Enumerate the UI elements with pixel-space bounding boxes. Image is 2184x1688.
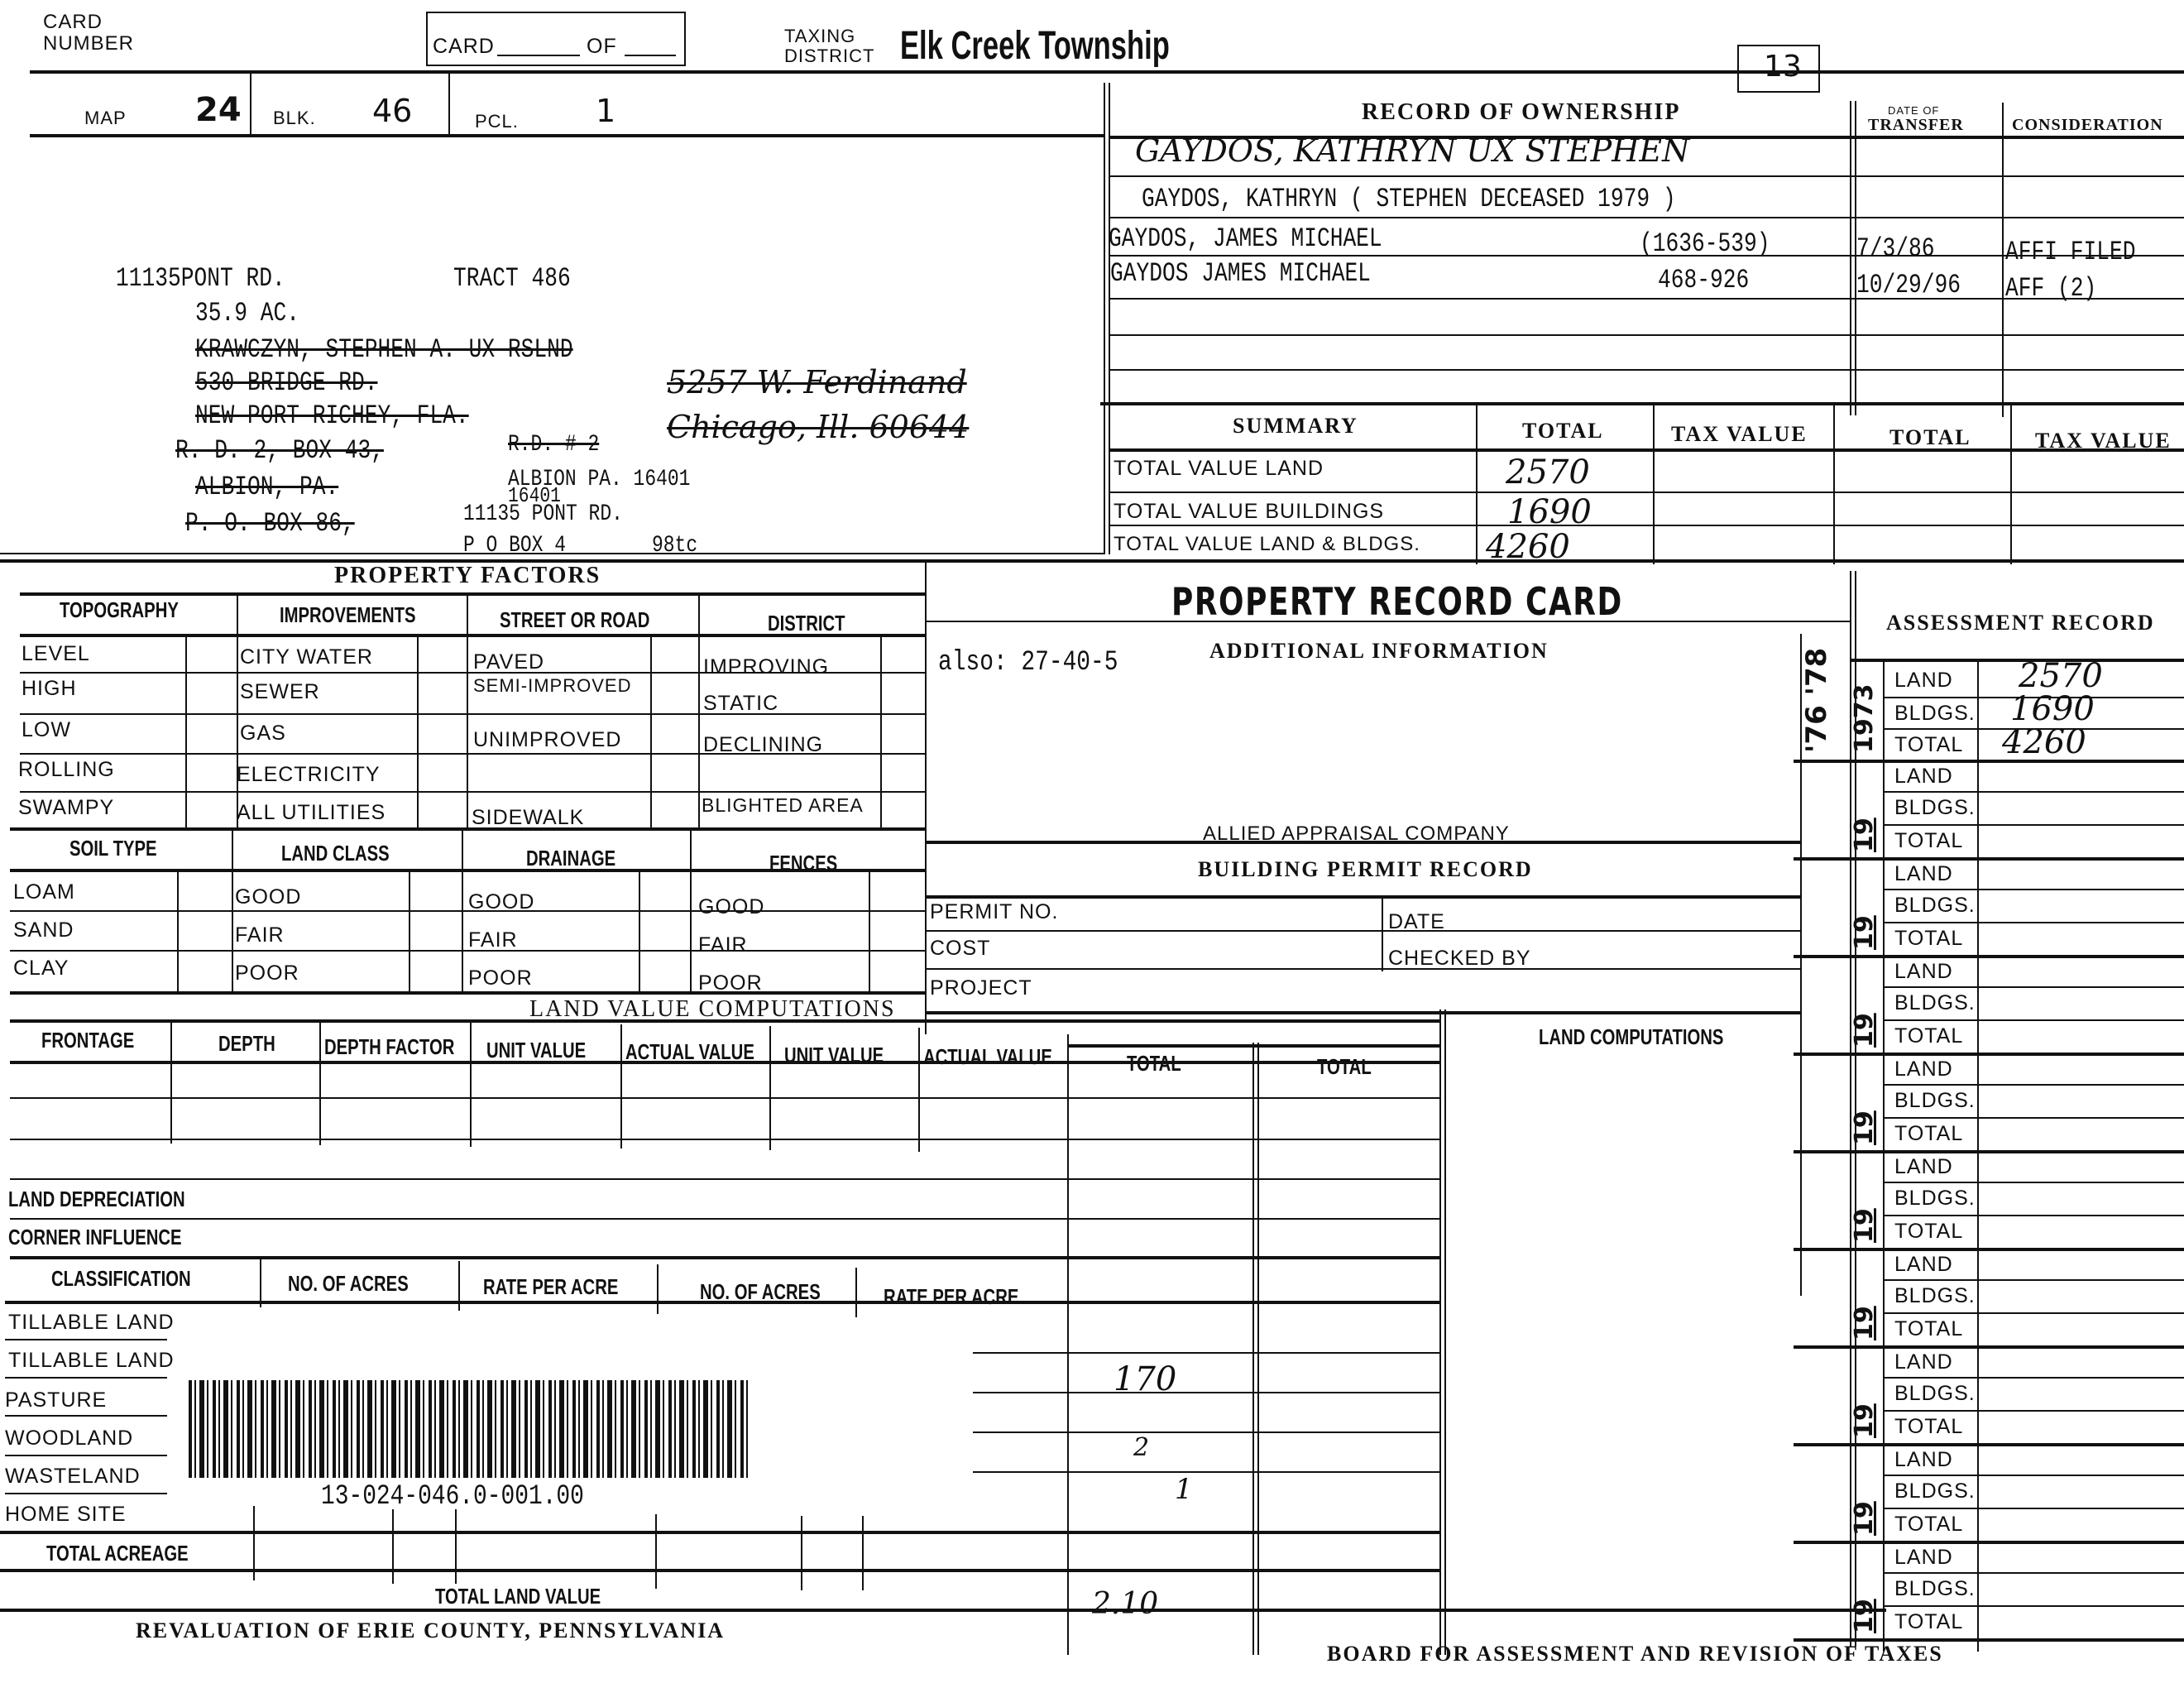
map-value: 24 [195, 91, 242, 129]
prior-address-struck: 530 BRIDGE RD. [195, 367, 377, 398]
land-class-poor[interactable]: POOR [235, 961, 299, 985]
assessment-land-label: LAND [1894, 669, 1953, 693]
assessment-bldgs-value[interactable] [1977, 1377, 2184, 1408]
drainage-header: DRAINAGE [526, 846, 615, 871]
card-number-label: CARD NUMBER [43, 12, 151, 55]
building-permit-title: BUILDING PERMIT RECORD [1198, 857, 1533, 882]
assessment-land-value[interactable] [1977, 1248, 2184, 1279]
assessment-year: 19 [1850, 915, 1879, 950]
owner-row-3-date: 7/3/86 [1856, 233, 1934, 264]
col-unit-value-1: UNIT VALUE [486, 1038, 586, 1063]
land-class-header: LAND CLASS [281, 841, 390, 866]
date-of-label: DATE OF [1888, 104, 1939, 117]
assessment-land-value[interactable] [1977, 857, 2184, 889]
blk-label: BLK. [273, 108, 316, 129]
assessment-bldgs-label: BLDGS. [1894, 1382, 1976, 1406]
col-total-2: TOTAL [1317, 1054, 1372, 1080]
wasteland-total[interactable]: 1 [1175, 1473, 1193, 1506]
improvements-electricity[interactable]: ELECTRICITY [237, 763, 381, 787]
assessment-bldgs-value[interactable] [1977, 986, 2184, 1018]
assessment-land-label: LAND [1894, 1546, 1953, 1570]
transfer-header: TRANSFER [1868, 116, 1964, 135]
acres-header-1: NO. OF ACRES [288, 1271, 409, 1297]
assessment-total-label: TOTAL [1894, 1220, 1963, 1244]
assessment-bldgs-value[interactable] [1977, 1475, 2184, 1506]
land-class-fair[interactable]: FAIR [235, 923, 285, 947]
summary-land-label: TOTAL VALUE LAND [1114, 457, 1324, 481]
drainage-poor[interactable]: POOR [468, 966, 533, 990]
col-frontage: FRONTAGE [41, 1028, 134, 1053]
blk-value: 46 [372, 93, 412, 129]
street-sidewalk[interactable]: SIDEWALK [472, 806, 584, 830]
assessment-land-value[interactable] [1977, 1345, 2184, 1377]
assessment-total-label: TOTAL [1894, 829, 1963, 853]
assessment-bldgs-label: BLDGS. [1894, 1577, 1976, 1601]
soil-type-header: SOIL TYPE [69, 836, 157, 861]
assessment-total-label: TOTAL [1894, 1317, 1963, 1341]
improvements-all-utilities[interactable]: ALL UTILITIES [237, 801, 386, 825]
pcl-value: 1 [596, 93, 615, 129]
assessment-total-label: TOTAL [1894, 927, 1963, 951]
assessment-year: 19 [1850, 1306, 1879, 1340]
classification-header: CLASSIFICATION [51, 1266, 191, 1292]
assessment-land-label: LAND [1894, 1350, 1953, 1374]
parcel-id: 13-024-046.0-001.00 [321, 1481, 584, 1513]
improvements-gas[interactable]: GAS [240, 722, 286, 746]
assessment-bldgs-label: BLDGS. [1894, 991, 1976, 1015]
soil-loam[interactable]: LOAM [13, 880, 75, 904]
albion-struck: ALBION, PA. [195, 472, 338, 502]
assessment-bldgs-value[interactable] [1977, 791, 2184, 822]
assessment-year: 19 [1850, 1403, 1879, 1438]
taxing-district-label: TAXING DISTRICT [784, 26, 892, 66]
soil-sand[interactable]: SAND [13, 918, 74, 942]
po-box-struck: P. O. BOX 86, [185, 508, 355, 539]
improvements-city-water[interactable]: CITY WATER [240, 645, 373, 669]
additional-info-title: ADDITIONAL INFORMATION [1209, 639, 1549, 664]
soil-clay[interactable]: CLAY [13, 957, 69, 981]
parcel-barcode [189, 1380, 751, 1478]
permit-no-label: PERMIT NO. [930, 900, 1058, 924]
assessment-total-label: TOTAL [1894, 733, 1963, 757]
topography-high[interactable]: HIGH [22, 677, 77, 701]
improvements-sewer[interactable]: SEWER [240, 680, 320, 704]
assessment-year: 19 [1850, 1501, 1879, 1536]
summary-total-header: TOTAL [1522, 419, 1604, 444]
owner-row-4-date: 10/29/96 [1856, 270, 1961, 300]
assessment-year: 19 [1850, 1208, 1879, 1243]
of-label: OF [587, 35, 617, 59]
assessment-year: 19 [1850, 1013, 1879, 1048]
ownership-title: RECORD OF OWNERSHIP [1362, 99, 1680, 126]
assessment-year: 19 [1850, 1599, 1879, 1633]
assessment-total-label: TOTAL [1894, 1122, 1963, 1146]
owner-row-4-ref: 468-926 [1658, 265, 1749, 295]
assessment-total-value[interactable] [1977, 1605, 2184, 1637]
assessment-land-label: LAND [1894, 765, 1953, 789]
assessment-title: ASSESSMENT RECORD [1886, 611, 2155, 635]
permit-cost-label: COST [930, 937, 990, 961]
district-static[interactable]: STATIC [703, 692, 778, 716]
rd2-box-struck: R. D. 2, BOX 43, [175, 435, 384, 466]
footer-right: BOARD FOR ASSESSMENT AND REVISION OF TAX… [1327, 1642, 1943, 1666]
chicago-city-struck: Chicago, Ill. 60644 [667, 409, 969, 445]
acreage: 35.9 AC. [195, 298, 299, 328]
tract-number: TRACT 486 [453, 263, 571, 294]
total-land-value-label: TOTAL LAND VALUE [435, 1584, 601, 1609]
owner-row-1: GAYDOS, KATHRYN UX STEPHEN [1135, 132, 1689, 169]
current-po-box: P O BOX 4 [463, 533, 566, 559]
col-unit-value-2: UNIT VALUE [784, 1043, 884, 1068]
footer-left: REVALUATION OF ERIE COUNTY, PENNSYLVANIA [136, 1618, 725, 1643]
card-of-box: CARD OF [426, 12, 686, 66]
assessment-total-label: TOTAL [1894, 1415, 1963, 1439]
topography-level[interactable]: LEVEL [22, 642, 90, 666]
fences-header: FENCES [769, 851, 837, 876]
assessment-land-label: LAND [1894, 1253, 1953, 1277]
owner-row-4-name: GAYDOS JAMES MICHAEL [1110, 258, 1371, 289]
assessment-land-label: LAND [1894, 1057, 1953, 1081]
card-blank[interactable] [497, 55, 580, 56]
property-factors-title: PROPERTY FACTORS [334, 563, 601, 589]
class-tillable-2: TILLABLE LAND [8, 1349, 175, 1373]
assessment-total-value[interactable] [1977, 922, 2184, 953]
assessment-total-value[interactable] [1977, 1215, 2184, 1246]
assessment-land-label: LAND [1894, 862, 1953, 886]
permit-project-label: PROJECT [930, 976, 1032, 1000]
street-semi-improved[interactable]: SEMI-IMPROVED [473, 677, 639, 695]
total-land-value[interactable]: 2.10 [1092, 1587, 1158, 1621]
assessment-total-value[interactable] [1977, 1312, 2184, 1344]
chicago-address-struck: 5257 W. Ferdinand [667, 364, 967, 400]
col-depth-factor: DEPTH FACTOR [324, 1034, 454, 1060]
woodland-total[interactable]: 2 [1133, 1433, 1149, 1462]
assessment-bldgs-label: BLDGS. [1894, 1479, 1976, 1503]
class-woodland: WOODLAND [5, 1427, 133, 1451]
assessment-bldgs-label: BLDGS. [1894, 1089, 1976, 1113]
card-title: PROPERTY RECORD CARD [1171, 579, 1623, 624]
assessment-land-label: LAND [1894, 1155, 1953, 1179]
fences-good[interactable]: GOOD [698, 895, 764, 919]
consideration-header: CONSIDERATION [2012, 116, 2163, 135]
district-header: DISTRICT [768, 611, 845, 636]
col-actual-value-2: ACTUAL VALUE [923, 1044, 1052, 1070]
assessment-bldgs-label: BLDGS. [1894, 796, 1976, 820]
class-home-site: HOME SITE [5, 1503, 127, 1527]
of-blank[interactable] [625, 55, 676, 56]
street-road-header: STREET OR ROAD [500, 607, 649, 633]
assessment-total-label: TOTAL [1894, 1024, 1963, 1048]
card-label: CARD [433, 35, 495, 59]
summary-total-label: TOTAL VALUE LAND & BLDGS. [1114, 533, 1420, 556]
taxing-district-value: Elk Creek Township [900, 23, 1170, 69]
assessment-land-label: LAND [1894, 960, 1953, 984]
prior-city-struck: NEW PORT RICHEY, FLA. [195, 400, 469, 431]
owner-row-3-name: GAYDOS, JAMES MICHAEL [1109, 223, 1382, 254]
assessment-total-1[interactable]: 4260 [2002, 723, 2086, 761]
rd2-struck: R.D. # 2 [508, 432, 599, 458]
assessment-land-value[interactable] [1977, 760, 2184, 791]
col-depth: DEPTH [218, 1031, 275, 1057]
assessment-total-label: TOTAL [1894, 1610, 1963, 1634]
class-wasteland: WASTELAND [5, 1465, 141, 1489]
assessment-bldgs-value[interactable] [1977, 1279, 2184, 1311]
improvements-header: IMPROVEMENTS [280, 602, 416, 628]
assessment-land-value[interactable] [1977, 1443, 2184, 1475]
box-number: 13 [1737, 45, 1820, 93]
assessment-total-value[interactable] [1977, 1019, 2184, 1051]
assessment-bldgs-value[interactable] [1977, 889, 2184, 920]
drainage-fair[interactable]: FAIR [468, 928, 518, 952]
street-unimproved[interactable]: UNIMPROVED [473, 728, 621, 752]
assessment-land-value[interactable] [1977, 955, 2184, 986]
owner-row-2: GAYDOS, KATHRYN ( STEPHEN DECEASED 1979 … [1142, 184, 1676, 214]
assessment-land-value[interactable] [1977, 1541, 2184, 1572]
topography-swampy[interactable]: SWAMPY [18, 796, 114, 820]
current-address: 11135 PONT RD. [463, 501, 623, 527]
corner-influence-label: CORNER INFLUENCE [8, 1225, 182, 1250]
total-acreage-label: TOTAL ACREAGE [46, 1541, 189, 1566]
land-class-good[interactable]: GOOD [235, 885, 301, 909]
summary-title: SUMMARY [1233, 414, 1358, 439]
district-blighted-area[interactable]: BLIGHTED AREA [702, 796, 867, 814]
assessment-land-value[interactable] [1977, 1053, 2184, 1084]
topography-low[interactable]: LOW [22, 718, 71, 742]
assessment-year: 19 [1850, 818, 1879, 852]
prior-owner-struck: KRAWCZYN, STEPHEN A. UX RSLND [195, 334, 573, 365]
assessment-bldgs-label: BLDGS. [1894, 1284, 1976, 1308]
land-computations-title: LAND COMPUTATIONS [1539, 1024, 1723, 1050]
summary-tax-header: TAX VALUE [1671, 422, 1808, 447]
topography-rolling[interactable]: ROLLING [18, 758, 115, 782]
assessment-bldgs-label: BLDGS. [1894, 894, 1976, 918]
class-pasture: PASTURE [5, 1388, 107, 1412]
permit-checked-by-label: CHECKED BY [1388, 947, 1531, 971]
summary-total2-header: TOTAL [1889, 425, 1971, 450]
assessment-total-value[interactable] [1977, 1117, 2184, 1149]
owner-row-3-consideration: AFFI FILED [2005, 237, 2135, 267]
street-paved[interactable]: PAVED [473, 650, 544, 674]
assessment-total-label: TOTAL [1894, 1513, 1963, 1537]
assessment-bldgs-value[interactable] [1977, 1084, 2184, 1115]
note-98tc: 98tc [652, 533, 697, 559]
topography-header: TOPOGRAPHY [60, 597, 179, 623]
district-improving[interactable]: IMPROVING [703, 655, 829, 679]
fences-fair[interactable]: FAIR [698, 933, 748, 957]
assessment-total-value[interactable] [1977, 1508, 2184, 1539]
assessment-bldgs-value[interactable] [1977, 1572, 2184, 1604]
assessment-bldgs-label: BLDGS. [1894, 702, 1976, 726]
assessment-bldgs-value[interactable] [1977, 1182, 2184, 1213]
pcl-label: PCL. [475, 111, 519, 132]
rate-header-2: RATE PER ACRE [884, 1284, 1018, 1310]
assessment-year: 19 [1850, 1110, 1879, 1145]
class-tillable-1: TILLABLE LAND [8, 1311, 175, 1335]
year-vertical: '76 '78 [1800, 648, 1833, 753]
summary-land-total: 2570 [1506, 453, 1590, 492]
assessment-land-label: LAND [1894, 1448, 1953, 1472]
assessment-year-1: 1973 [1850, 684, 1879, 754]
additional-note: also: 27-40-5 [938, 647, 1118, 679]
assessment-total-value[interactable] [1977, 1410, 2184, 1441]
property-address: 11135PONT RD. [116, 263, 285, 294]
assessment-total-value[interactable] [1977, 824, 2184, 856]
assessment-bldgs-label: BLDGS. [1894, 1187, 1976, 1211]
rate-header-1: RATE PER ACRE [483, 1274, 618, 1300]
map-label: MAP [84, 108, 127, 129]
assessment-land-value[interactable] [1977, 1150, 2184, 1182]
summary-buildings-label: TOTAL VALUE BUILDINGS [1114, 500, 1384, 524]
land-depreciation-label: LAND DEPRECIATION [8, 1187, 185, 1212]
